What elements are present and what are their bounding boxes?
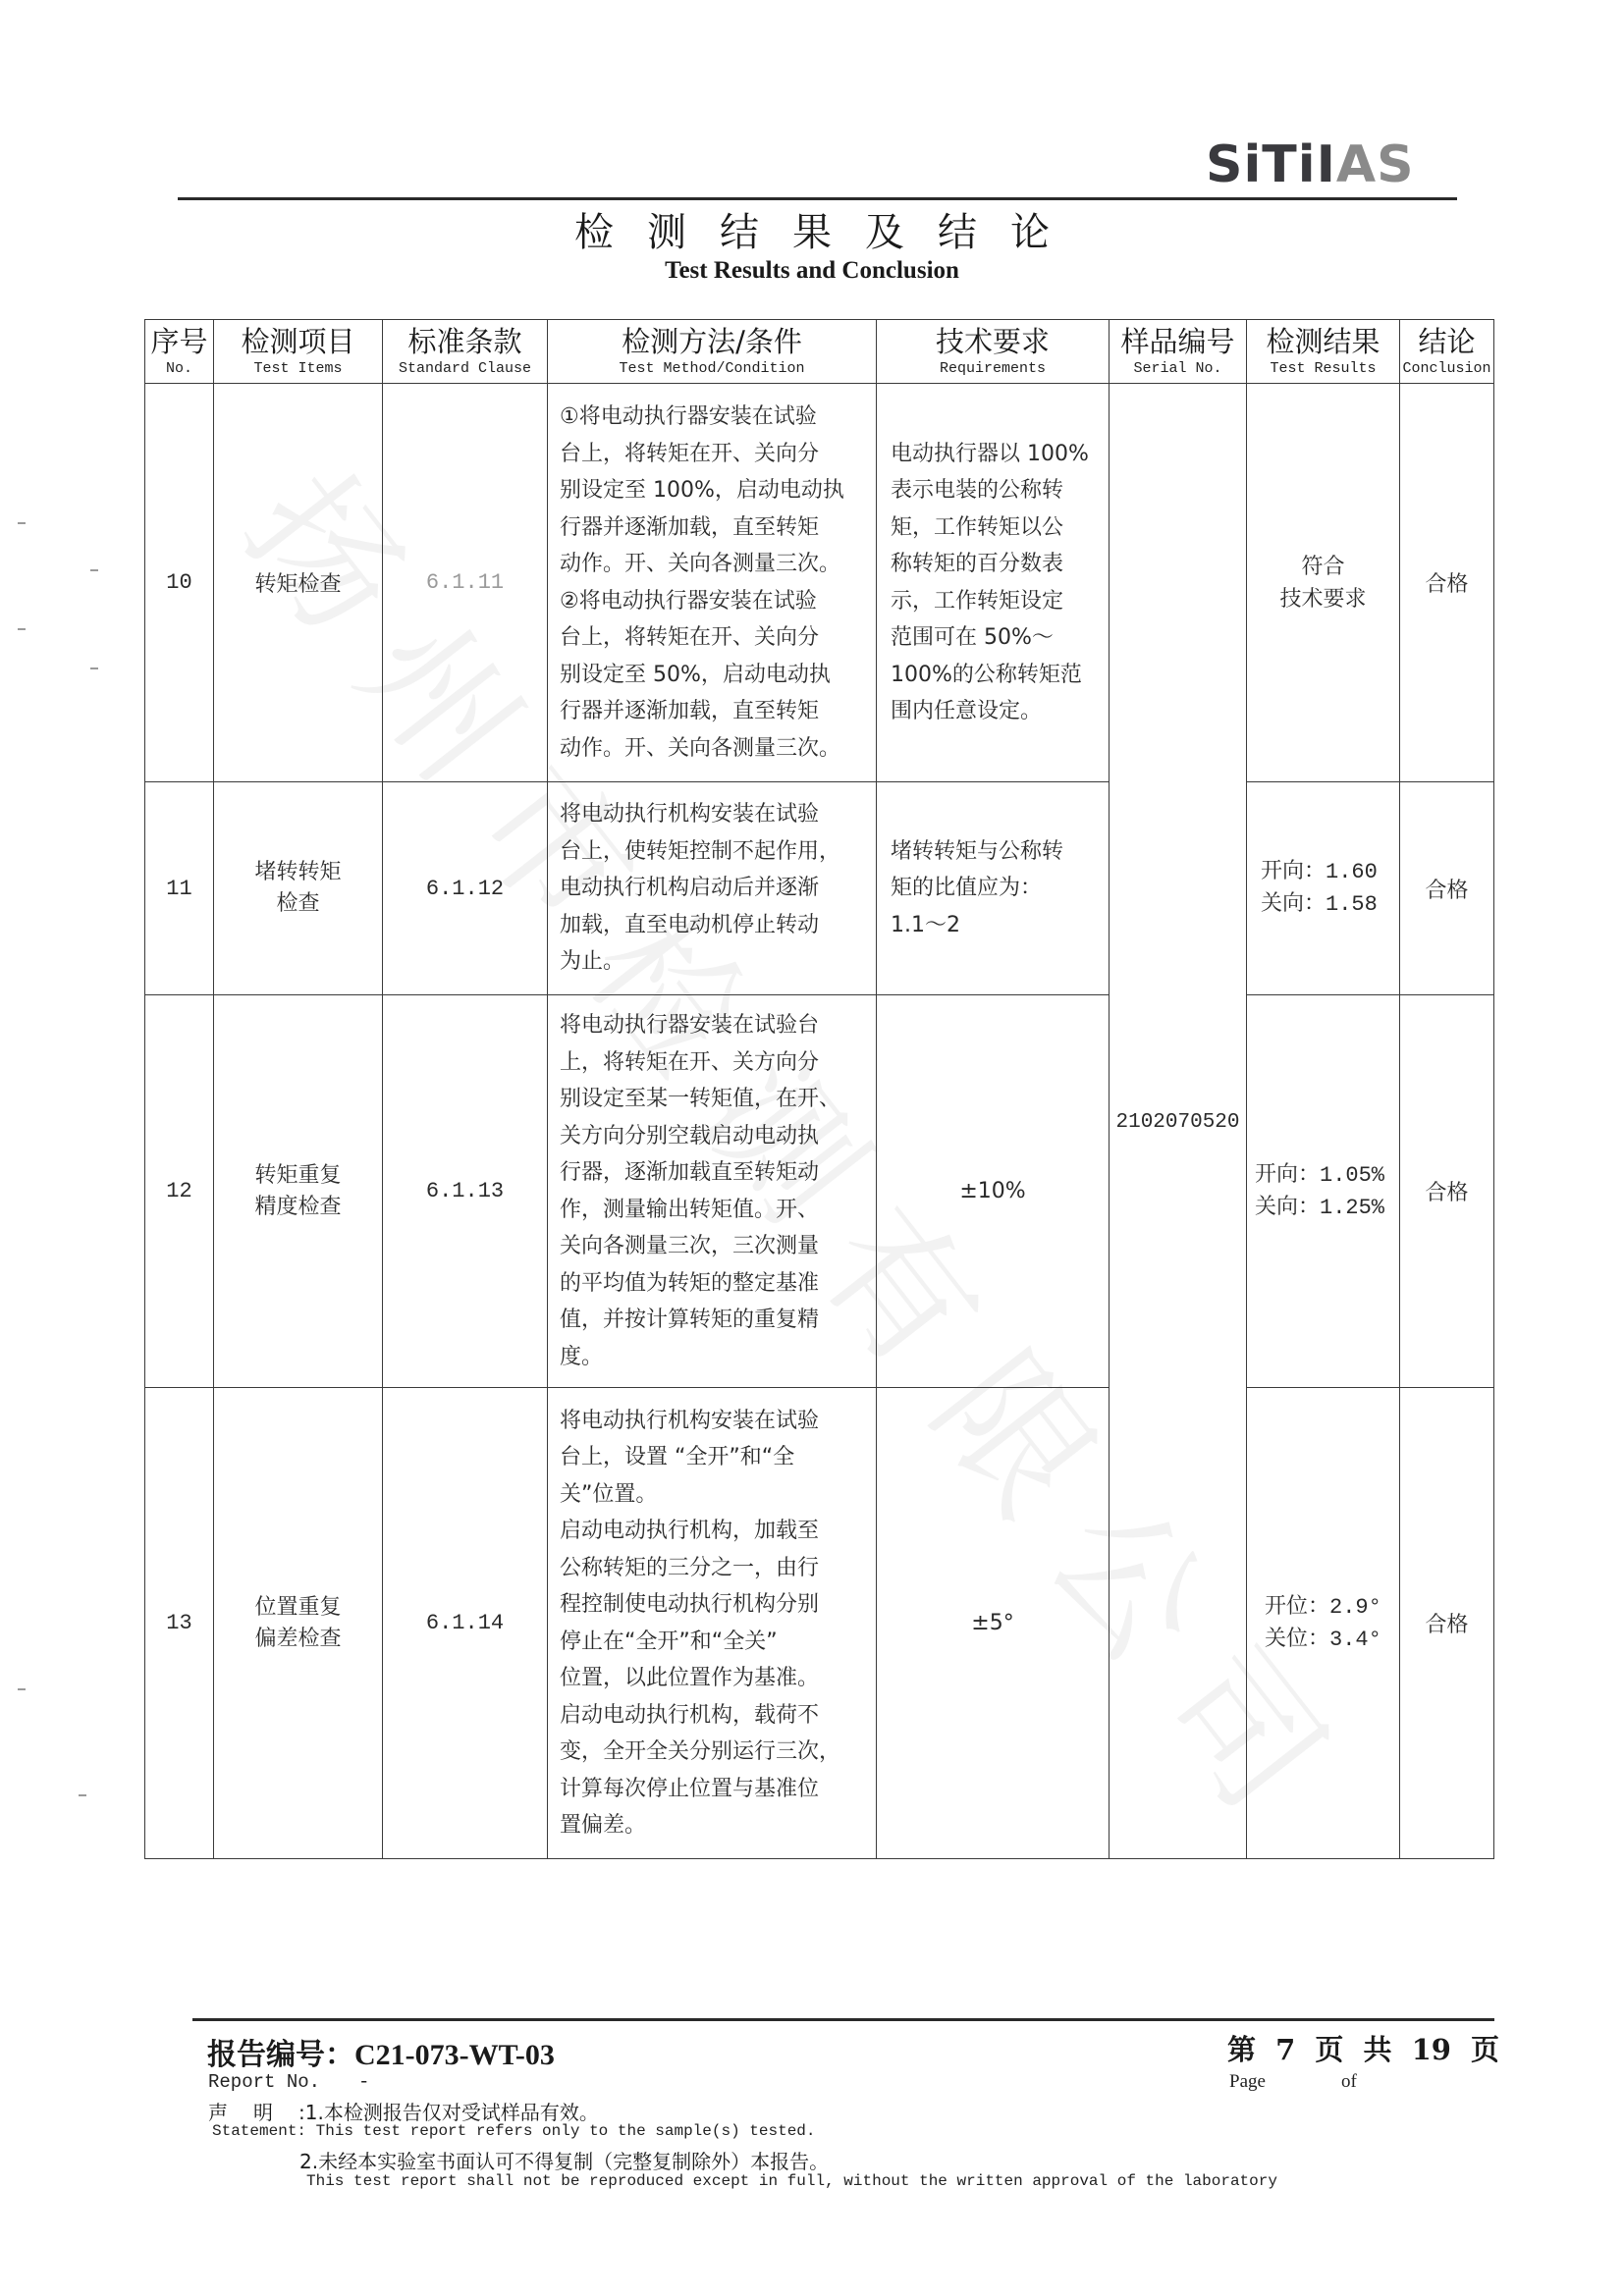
report-no-label-en: Report No.: [208, 2071, 320, 2093]
statement-2-cn: 2.未经本实验室书面认可不得复制（完整复制除外）本报告。: [299, 2146, 829, 2174]
col-header-conclusion: 结论Conclusion: [1400, 320, 1494, 384]
scan-mark: [18, 522, 26, 524]
col-header-test-results: 检测结果Test Results: [1247, 320, 1400, 384]
row-method: 将电动执行机构安装在试验 台上，设置 “全开”和“全 关”位置。 启动电动执行机…: [548, 1388, 877, 1859]
statement-1-en: Statement: This test report refers only …: [212, 2122, 816, 2140]
row-clause: 6.1.12: [383, 782, 548, 995]
row-conclusion: 合格: [1400, 995, 1494, 1388]
report-no-dash: -: [358, 2071, 369, 2093]
row-requirement: 堵转转矩与公称转 矩的比值应为： 1.1～2: [877, 782, 1110, 995]
table-header-row: 序号No. 检测项目Test Items 标准条款Standard Clause…: [145, 320, 1494, 384]
row-result: 开向：1.60 关向：1.58: [1247, 782, 1400, 995]
row-clause: 6.1.11: [383, 384, 548, 782]
statement-2-en: This test report shall not be reproduced…: [306, 2172, 1277, 2190]
row-requirement: ±10%: [877, 995, 1110, 1388]
row-result: 开向：1.05% 关向：1.25%: [1247, 995, 1400, 1388]
row-method: 将电动执行机构安装在试验 台上，使转矩控制不起作用， 电动执行机构启动后并逐渐 …: [548, 782, 877, 995]
col-header-requirements: 技术要求Requirements: [877, 320, 1110, 384]
row-clause: 6.1.14: [383, 1388, 548, 1859]
table-row: 11 堵转转矩 检查 6.1.12 将电动执行机构安装在试验 台上，使转矩控制不…: [145, 782, 1494, 995]
serial-no-cell: 2102070520: [1110, 384, 1247, 1859]
row-test-item: 转矩检查: [214, 384, 383, 782]
report-number: 报告编号：C21-073-WT-03: [207, 2030, 555, 2073]
col-header-standard-clause: 标准条款Standard Clause: [383, 320, 548, 384]
scan-mark: [90, 667, 98, 669]
row-test-item: 堵转转矩 检查: [214, 782, 383, 995]
row-no: 10: [145, 384, 214, 782]
col-header-test-method: 检测方法/条件Test Method/Condition: [548, 320, 877, 384]
scan-mark: [79, 1794, 86, 1796]
table-row: 12 转矩重复 精度检查 6.1.13 将电动执行器安装在试验台 上，将转矩在开…: [145, 995, 1494, 1388]
col-header-serial-no: 样品编号Serial No.: [1110, 320, 1247, 384]
logo-text: SiTiI: [1206, 135, 1336, 194]
page-label-en: Page: [1229, 2071, 1266, 2093]
row-no: 13: [145, 1388, 214, 1859]
scan-mark: [18, 628, 26, 630]
footer-divider: [192, 2018, 1494, 2021]
statement-1-cn: 声明:1.本检测报告仅对受试样品有效。: [208, 2097, 599, 2125]
row-method: 将电动执行器安装在试验台 上，将转矩在开、关方向分 别设定至某一转矩值，在开、 …: [548, 995, 877, 1388]
row-result: 符合 技术要求: [1247, 384, 1400, 782]
table-row: 13 位置重复 偏差检查 6.1.14 将电动执行机构安装在试验 台上，设置 “…: [145, 1388, 1494, 1859]
logo-accent: AS: [1336, 135, 1415, 194]
row-requirement: 电动执行器以 100% 表示电装的公称转 矩，工作转矩以公 称转矩的百分数表 示…: [877, 384, 1110, 782]
row-test-item: 转矩重复 精度检查: [214, 995, 383, 1388]
row-result: 开位：2.9° 关位：3.4°: [1247, 1388, 1400, 1859]
row-conclusion: 合格: [1400, 782, 1494, 995]
row-no: 11: [145, 782, 214, 995]
row-conclusion: 合格: [1400, 384, 1494, 782]
scan-mark: [90, 569, 98, 571]
row-method: ①将电动执行器安装在试验 台上，将转矩在开、关向分 别设定至 100%，启动电动…: [548, 384, 877, 782]
page-title-cn: 检测结果及结论: [0, 201, 1624, 257]
row-no: 12: [145, 995, 214, 1388]
company-logo: SiTiIAS: [1206, 137, 1441, 192]
results-table: 序号No. 检测项目Test Items 标准条款Standard Clause…: [144, 319, 1494, 1859]
row-conclusion: 合格: [1400, 1388, 1494, 1859]
row-clause: 6.1.13: [383, 995, 548, 1388]
row-requirement: ±5°: [877, 1388, 1110, 1859]
scan-mark: [18, 1688, 26, 1690]
page-indicator: 第 7 页 共 19 页: [1227, 2028, 1499, 2068]
col-header-no: 序号No.: [145, 320, 214, 384]
page-title-en: Test Results and Conclusion: [0, 257, 1624, 285]
header-divider: [178, 197, 1457, 200]
table-row: 10 转矩检查 6.1.11 ①将电动执行器安装在试验 台上，将转矩在开、关向分…: [145, 384, 1494, 782]
row-test-item: 位置重复 偏差检查: [214, 1388, 383, 1859]
col-header-test-items: 检测项目Test Items: [214, 320, 383, 384]
of-label-en: of: [1341, 2071, 1357, 2093]
